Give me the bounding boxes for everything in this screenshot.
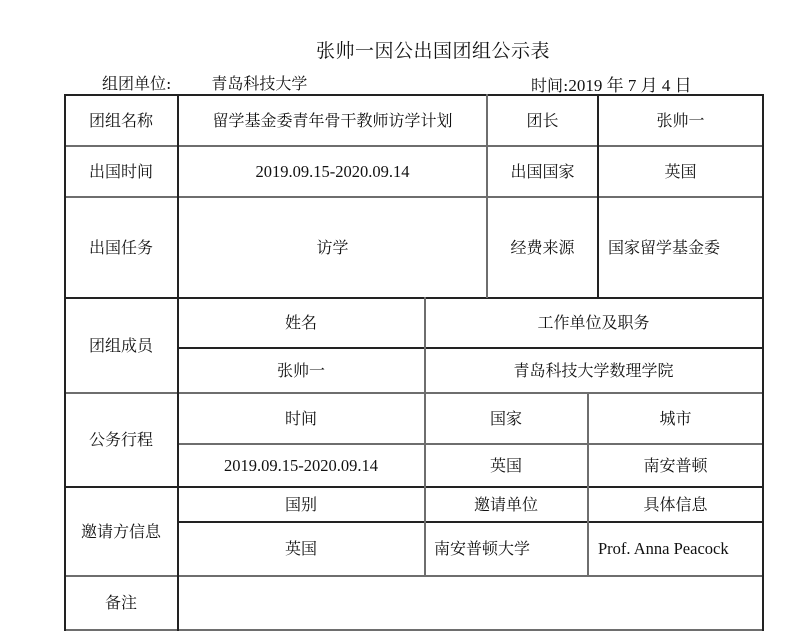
destination-country-label: 出国国家	[487, 146, 598, 197]
inviter-header-organization: 邀请单位	[424, 487, 588, 522]
remarks-value	[178, 576, 763, 630]
members-header-name: 姓名	[178, 298, 424, 348]
itinerary-time: 2019.09.15-2020.09.14	[178, 444, 424, 487]
leader-label: 团长	[487, 95, 598, 146]
inviter-label: 邀请方信息	[64, 487, 178, 576]
itinerary-city: 南安普顿	[588, 444, 763, 487]
itinerary-label: 公务行程	[64, 393, 178, 487]
group-name-label: 团组名称	[64, 95, 178, 146]
document-title: 张帅一因公出国团组公示表	[40, 36, 786, 63]
inviter-country: 英国	[178, 522, 424, 576]
group-unit-value: 青岛科技大学	[211, 74, 307, 93]
members-header-affiliation: 工作单位及职务	[424, 298, 763, 348]
member-name: 张帅一	[178, 348, 424, 393]
departure-time-label: 出国时间	[64, 146, 178, 197]
itinerary-country: 英国	[424, 444, 588, 487]
group-unit: 组团单位:青岛科技大学	[102, 71, 307, 94]
member-affiliation: 青岛科技大学数理学院	[424, 348, 763, 393]
date-label: 时间:	[531, 76, 568, 95]
leader-value: 张帅一	[598, 95, 763, 146]
inviter-header-country: 国别	[178, 487, 424, 522]
group-name-value: 留学基金委青年骨干教师访学计划	[178, 95, 487, 146]
task-value: 访学	[178, 197, 487, 298]
inviter-organization: 南安普顿大学	[424, 522, 588, 576]
itinerary-header-time: 时间	[178, 393, 424, 444]
members-label: 团组成员	[64, 298, 178, 393]
inviter-header-details: 具体信息	[588, 487, 763, 522]
departure-time-value: 2019.09.15-2020.09.14	[178, 146, 487, 197]
remarks-label: 备注	[64, 576, 178, 630]
itinerary-header-city: 城市	[588, 393, 763, 444]
destination-country-value: 英国	[598, 146, 763, 197]
date-value: 2019 年 7 月 4 日	[568, 76, 691, 95]
itinerary-header-country: 国家	[424, 393, 588, 444]
inviter-details: Prof. Anna Peacock	[588, 522, 763, 576]
funding-label: 经费来源	[487, 197, 598, 298]
task-label: 出国任务	[64, 197, 178, 298]
group-unit-label: 组团单位:	[102, 74, 171, 93]
publish-date: 时间:2019 年 7 月 4 日	[531, 71, 692, 96]
funding-value: 国家留学基金委	[598, 197, 763, 298]
